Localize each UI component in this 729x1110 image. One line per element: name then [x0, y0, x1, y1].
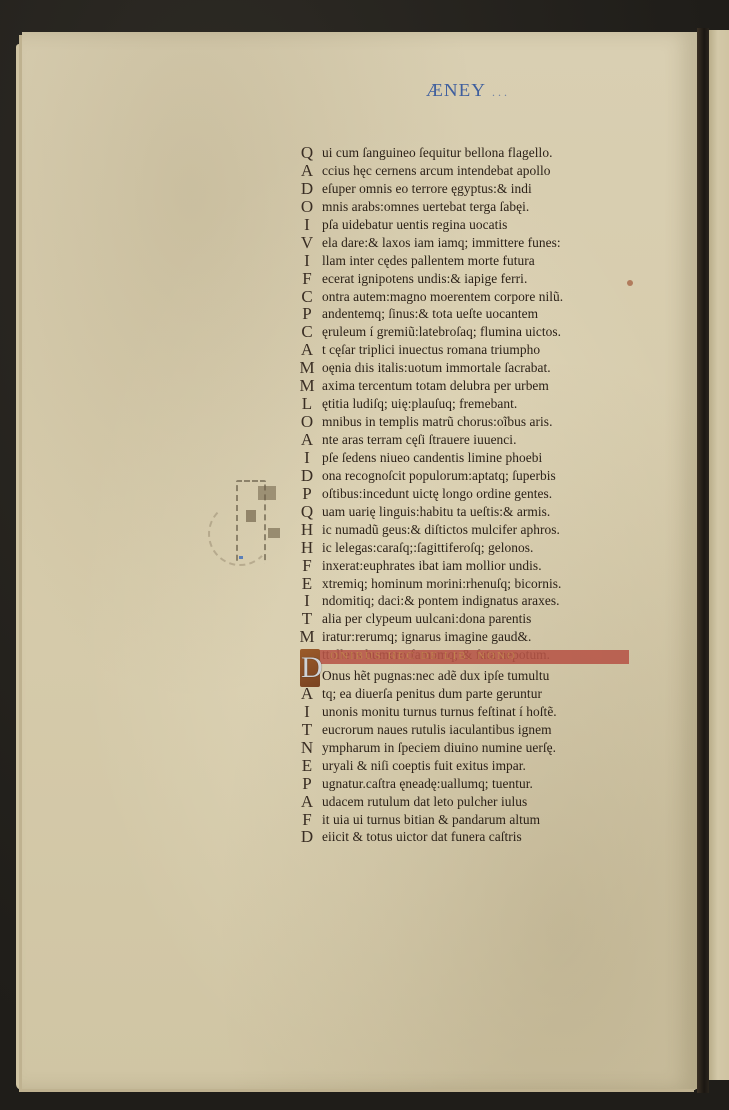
verse-line: Vela dare:& laxos iam iamq; immittere fu…: [298, 234, 638, 252]
verse-line: Dona recognoſcit populorum:aptatq; ſuper…: [298, 467, 638, 485]
verse-line: Omnibus in templis matrũ chorus:oĩbus ar…: [298, 413, 638, 431]
verse-line: Cęruleum í gremiũ:latebroſaq; flumina ui…: [298, 323, 638, 341]
verse-initial: A: [298, 341, 316, 359]
verse-initial: P: [298, 775, 316, 793]
verse-initial: O: [298, 198, 316, 216]
verse-initial: A: [298, 793, 316, 811]
verse-initial: O: [298, 413, 316, 431]
verse-text: ic numadũ geus:& diſtictos mulcifer aphr…: [322, 521, 560, 539]
verse-initial: V: [298, 234, 316, 252]
verse-initial: L: [298, 395, 316, 413]
verse-line: Pandentemq; ſinus:& tota ueſte uocantem: [298, 305, 638, 323]
verse-line: Lętitia ludiſq; uię:plauſuq; fremebant.: [298, 395, 638, 413]
stamp-square: [258, 486, 276, 500]
verse-line: Deſuper omnis eo terrore ęgyptus:& indi: [298, 180, 638, 198]
verse-line: Maxima tercentum totam delubra per urbem: [298, 377, 638, 395]
verse-initial: A: [298, 162, 316, 180]
verse-text: eiicit & totus uictor dat funera caſtris: [322, 828, 522, 846]
verse-text: mnibus in templis matrũ chorus:oĩbus ari…: [322, 413, 552, 431]
rubric-text: ONIBUS HEC DE LIB. NONO: [330, 649, 620, 663]
verse-initial: Q: [298, 503, 316, 521]
verse-initial: P: [298, 305, 316, 323]
verse-line: Deiicit & totus uictor dat funera caſtri…: [298, 828, 638, 846]
book-gutter: [697, 28, 709, 1093]
verse-line: Iunonis monitu turnus turnus feſtinat í …: [298, 703, 638, 721]
verse-line: Euryali & niſi coeptis fuit exitus impar…: [298, 757, 638, 775]
verse-line: Teucrorum naues rutulis iaculantibus ign…: [298, 721, 638, 739]
verse-initial: I: [298, 703, 316, 721]
verse-line: Ipſe ſedens niueo candentis limine phoeb…: [298, 449, 638, 467]
verse-text: pſe ſedens niueo candentis limine phoebi: [322, 449, 542, 467]
verse-text: ontra autem:magno moerentem corpore nilũ…: [322, 288, 563, 306]
verse-initial: D: [298, 180, 316, 198]
verse-initial: F: [298, 557, 316, 575]
verse-text: ętitia ludiſq; uię:plauſuq; fremebant.: [322, 395, 517, 413]
verse-text: ona recognoſcit populorum:aptatq; ſuperb…: [322, 467, 556, 485]
verse-initial: T: [298, 610, 316, 628]
verse-initial: F: [298, 811, 316, 829]
verse-line: Nympharum in ſpeciem diuino numine uerſę…: [298, 739, 638, 757]
verse-initial: P: [298, 485, 316, 503]
verse-text: llam inter cędes pallentem morte futura: [322, 252, 535, 270]
verse-line: Hic numadũ geus:& diſtictos mulcifer aph…: [298, 521, 638, 539]
verse-text: t cęſar triplici inuectus romana triumph…: [322, 341, 540, 359]
verse-text: ui cum ſanguineo ſequitur bellona flagel…: [322, 144, 552, 162]
verse-text: oſtibus:incedunt uictę longo ordine gent…: [322, 485, 552, 503]
verse-initial: T: [298, 721, 316, 739]
stamp-square: [268, 528, 280, 538]
verse-line: Pugnatur.caſtra ęneadę:uallumq; tuentur.: [298, 775, 638, 793]
verse-text: nte aras terram cęſi ſtrauere iuuenci.: [322, 431, 516, 449]
stamp-blue-fleck: [239, 556, 243, 559]
verse-initial: D: [298, 467, 316, 485]
verse-text: xtremiq; hominum morini:rhenuſq; bicorni…: [322, 575, 561, 593]
verse-text: unonis monitu turnus turnus feſtinat í h…: [322, 703, 557, 721]
verse-line: Quam uarię linguis:habitu ta ueſtis:& ar…: [298, 503, 638, 521]
verse-line: Qui cum ſanguineo ſequitur bellona flage…: [298, 144, 638, 162]
verse-text: ecerat ignipotens undis:& iapige ferri.: [322, 270, 527, 288]
verse-initial: D: [298, 828, 316, 846]
verse-text: ela dare:& laxos iam iamq; immittere fun…: [322, 234, 561, 252]
verse-text: eſuper omnis eo terrore ęgyptus:& indi: [322, 180, 532, 198]
verse-initial: C: [298, 288, 316, 306]
verse-line: Moęnia dıis italis:uotum immortale ſacra…: [298, 359, 638, 377]
verse-text: ugnatur.caſtra ęneadę:uallumq; tuentur.: [322, 775, 533, 793]
verse-block-2: Onus hẽt pugnas:nec adẽ dux ipſe tumultu…: [298, 667, 638, 846]
verse-text: oęnia dıis italis:uotum immortale ſacrab…: [322, 359, 551, 377]
verse-line: Accius hęc cernens arcum intendebat apol…: [298, 162, 638, 180]
verse-initial: E: [298, 575, 316, 593]
verse-line: Onus hẽt pugnas:nec adẽ dux ipſe tumultu: [298, 667, 638, 685]
verse-initial: M: [298, 359, 316, 377]
verse-text: uam uarię linguis:habitu ta ueſtis:& arm…: [322, 503, 550, 521]
verse-initial: I: [298, 449, 316, 467]
verse-text: ęruleum í gremiũ:latebroſaq; flumina uic…: [322, 323, 561, 341]
verse-line: Hic lelegas:caraſq;:ſagittiferoſq; gelon…: [298, 539, 638, 557]
verse-text: alia per clypeum uulcani:dona parentis: [322, 610, 531, 628]
verse-text: andentemq; ſinus:& tota ueſte uocantem: [322, 305, 538, 323]
running-head: ÆNEY...: [426, 81, 510, 102]
verse-text: Onus hẽt pugnas:nec adẽ dux ipſe tumultu: [322, 667, 549, 685]
verse-text: ccius hęc cernens arcum intendebat apoll…: [322, 162, 550, 180]
verse-initial: A: [298, 431, 316, 449]
verse-line: Ipſa uidebatur uentis regina uocatis: [298, 216, 638, 234]
verse-initial: I: [298, 252, 316, 270]
verse-line: Audacem rutulum dat leto pulcher iulus: [298, 793, 638, 811]
verse-line: Omnis arabs:omnes uertebat terga ſabęi.: [298, 198, 638, 216]
verse-line: Talia per clypeum uulcani:dona parentis: [298, 610, 638, 628]
verse-text: inxerat:euphrates ibat iam mollior undis…: [322, 557, 542, 575]
verse-text: it uia ui turnus bitian & pandarum altum: [322, 811, 540, 829]
verse-initial: I: [298, 592, 316, 610]
verse-line: Atq; ea diuerſa penitus dum parte gerunt…: [298, 685, 638, 703]
verse-line: Extremiq; hominum morini:rhenuſq; bicorn…: [298, 575, 638, 593]
facing-page-edge: [709, 30, 729, 1080]
verse-initial: F: [298, 270, 316, 288]
verse-initial: H: [298, 539, 316, 557]
verse-initial: M: [298, 628, 316, 646]
verse-line: Poſtibus:incedunt uictę longo ordine gen…: [298, 485, 638, 503]
verse-line: Illam inter cędes pallentem morte futura: [298, 252, 638, 270]
verse-initial: H: [298, 521, 316, 539]
verse-text: tq; ea diuerſa penitus dum parte geruntu…: [322, 685, 542, 703]
verse-text: udacem rutulum dat leto pulcher iulus: [322, 793, 527, 811]
verse-text: eucrorum naues rutulis iaculantibus igne…: [322, 721, 552, 739]
verse-initial: E: [298, 757, 316, 775]
verse-line: Fit uia ui turnus bitian & pandarum altu…: [298, 811, 638, 829]
verse-line: Miratur:rerumq; ignarus imagine gaud&.: [298, 628, 638, 646]
verse-text: mnis arabs:omnes uertebat terga ſabęi.: [322, 198, 529, 216]
verse-line: Fecerat ignipotens undis:& iapige ferri.: [298, 270, 638, 288]
verse-text: ic lelegas:caraſq;:ſagittiferoſq; gelono…: [322, 539, 533, 557]
verse-initial: C: [298, 323, 316, 341]
verse-text: ympharum in ſpeciem diuino numine uerſę.: [322, 739, 556, 757]
verse-initial: Q: [298, 144, 316, 162]
verse-initial: I: [298, 216, 316, 234]
verse-initial: A: [298, 685, 316, 703]
stamp-square: [246, 510, 256, 522]
running-head-text: ÆNEY: [426, 81, 486, 101]
running-head-ornament: ...: [492, 85, 510, 98]
verse-line: Ante aras terram cęſi ſtrauere iuuenci.: [298, 431, 638, 449]
verse-text: axima tercentum totam delubra per urbem: [322, 377, 549, 395]
verse-line: At cęſar triplici inuectus romana triump…: [298, 341, 638, 359]
verse-line: Indomitiq; daci:& pontem indignatus arax…: [298, 592, 638, 610]
verse-text: pſa uidebatur uentis regina uocatis: [322, 216, 507, 234]
verse-block-1: Qui cum ſanguineo ſequitur bellona flage…: [298, 144, 638, 664]
verse-text: iratur:rerumq; ignarus imagine gaud&.: [322, 628, 531, 646]
verse-initial: M: [298, 377, 316, 395]
verse-text: uryali & niſi coeptis fuit exitus impar.: [322, 757, 526, 775]
verse-text: ndomitiq; daci:& pontem indignatus araxe…: [322, 592, 560, 610]
verse-line: Contra autem:magno moerentem corpore nil…: [298, 288, 638, 306]
library-stamp-mark: [208, 472, 288, 564]
verse-initial: N: [298, 739, 316, 757]
verse-line: Finxerat:euphrates ibat iam mollior undi…: [298, 557, 638, 575]
